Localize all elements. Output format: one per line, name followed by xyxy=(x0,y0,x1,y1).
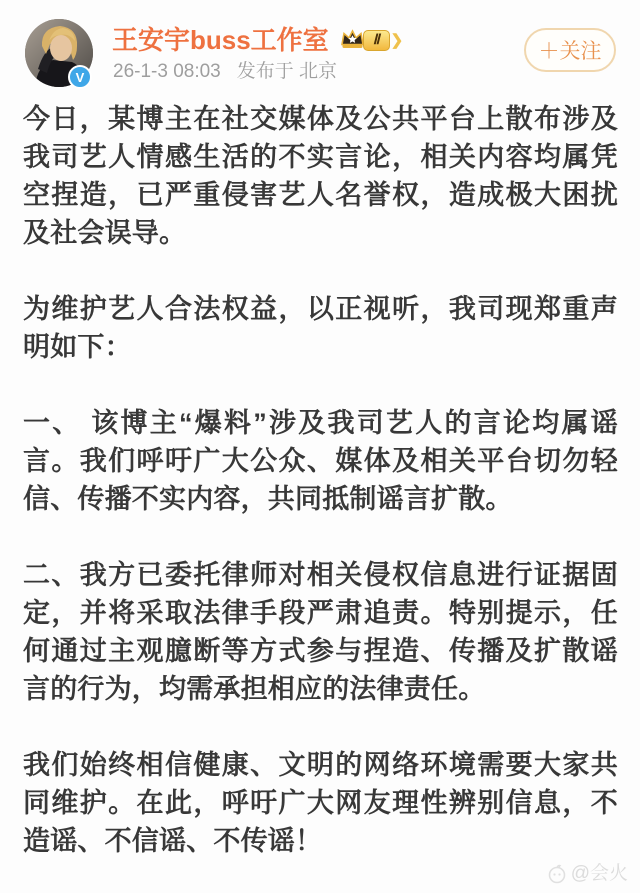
post-meta: 26-1-3 08:03 发布于 北京 xyxy=(113,61,337,83)
weibo-post-card: V 王安宇buss工作室 Ⅱ ❯ 26-1-3 08:03 发布于 北京 ＋关注… xyxy=(0,0,640,893)
post-paragraph: 一、 该博主“爆料”涉及我司艺人的言论均属谣言。我们呼吁广大公众、媒体及相关平台… xyxy=(23,404,618,518)
verified-badge-icon: V xyxy=(68,65,92,89)
post-body: 今日，某博主在社交媒体及公共平台上散布涉及我司艺人情感生活的不实言论，相关内容均… xyxy=(0,100,640,860)
post-paragraph: 今日，某博主在社交媒体及公共平台上散布涉及我司艺人情感生活的不实言论，相关内容均… xyxy=(23,100,618,252)
user-row: 王安宇buss工作室 Ⅱ ❯ xyxy=(112,26,403,54)
verified-letter: V xyxy=(76,70,85,85)
post-paragraph: 我们始终相信健康、文明的网络环境需要大家共同维护。在此，呼吁广大网友理性辨别信息… xyxy=(23,746,618,860)
vip-level-badge[interactable]: Ⅱ ❯ xyxy=(339,29,403,51)
watermark: @会火 xyxy=(547,863,628,885)
watermark-icon xyxy=(547,864,567,884)
watermark-text: @会火 xyxy=(571,863,628,885)
post-header: V 王安宇buss工作室 Ⅱ ❯ 26-1-3 08:03 发布于 北京 ＋关注 xyxy=(0,0,640,100)
vip-level-label: Ⅱ xyxy=(363,30,390,51)
follow-button[interactable]: ＋关注 xyxy=(524,28,616,72)
post-paragraph: 为维护艺人合法权益，以正视听，我司现郑重声明如下： xyxy=(23,290,618,366)
vip-chevron-icon: ❯ xyxy=(391,30,404,51)
post-location: 发布于 北京 xyxy=(237,61,337,83)
post-paragraph: 二、我方已委托律师对相关侵权信息进行证据固定，并将采取法律手段严肃追责。特别提示… xyxy=(23,556,618,708)
crown-icon xyxy=(339,29,366,51)
username-link[interactable]: 王安宇buss工作室 xyxy=(112,26,329,54)
timestamp: 26-1-3 08:03 xyxy=(113,61,221,83)
